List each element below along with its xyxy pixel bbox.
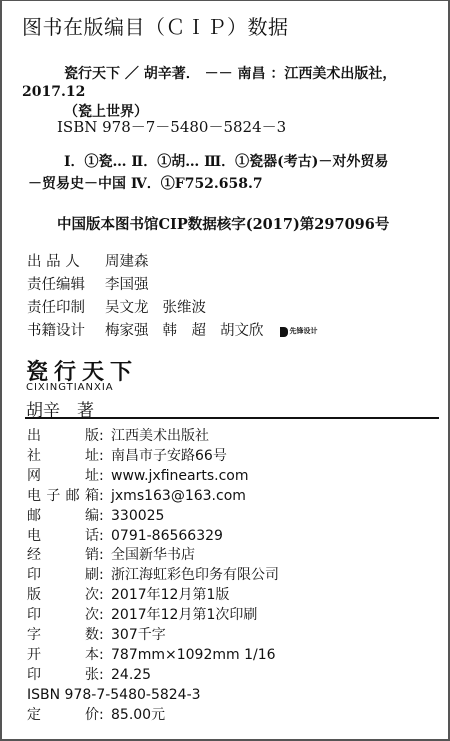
divider [25, 417, 439, 419]
credit-label: 书籍设计 [27, 320, 105, 343]
info-label: 出版 [27, 427, 99, 447]
info-row-price: 定价 : 85.00元 [27, 706, 279, 726]
credit-value: 吴文龙 [105, 297, 149, 320]
cip-isbn: ISBN 978－7－5480－5824－3 [57, 116, 286, 137]
website-link[interactable]: www.jxfinearts.com [111, 467, 248, 487]
info-label: 定价 [27, 706, 99, 726]
credit-row-print-supervisor: 责任印制 吴文龙 张维波 [27, 297, 318, 320]
info-label: 电话 [27, 527, 99, 547]
info-row-edition: 版次 : 2017年12月第1版 [27, 586, 279, 606]
info-value: 浙江海虹彩色印务有限公司 [111, 566, 279, 586]
credit-row-producer: 出 品 人 周建森 [27, 251, 318, 274]
info-label: 印张 [27, 666, 99, 686]
info-row-distributor: 经销 : 全国新华书店 [27, 546, 279, 566]
info-value: 0791-86566329 [111, 527, 223, 547]
cip-number: 中国版本图书馆CIP数据核字(2017)第297096号 [57, 213, 389, 234]
info-label: 印刷 [27, 566, 99, 586]
info-row-sheets: 印张 : 24.25 [27, 666, 279, 686]
info-value: 2017年12月第1版 [111, 586, 229, 606]
info-label: 邮编 [27, 507, 99, 527]
info-label: 网址 [27, 467, 99, 487]
design-studio-logo: 先锋设计 [280, 320, 318, 343]
cip-title-line: 瓷行天下 ／ 胡辛著． －－ 南昌 ：江西美术出版社， [64, 63, 396, 83]
info-value: 江西美术出版社 [111, 427, 209, 447]
copyright-page: 图书在版编目（ＣＩＰ）数据 瓷行天下 ／ 胡辛著． －－ 南昌 ：江西美术出版社… [0, 0, 450, 741]
info-row-phone: 电话 : 0791-86566329 [27, 527, 279, 547]
p-logo-icon [280, 327, 288, 337]
info-label: 开本 [27, 646, 99, 666]
credit-label: 责任印制 [27, 297, 105, 320]
cip-subjects-line2: －贸易史－中国 Ⅳ．①F752.658.7 [28, 173, 263, 193]
credit-row-designer: 书籍设计 梅家强 韩 超 胡文欣 先锋设计 [27, 320, 318, 343]
credit-value: 周建森 [105, 251, 149, 274]
cip-subjects-line1: Ⅰ．①瓷… Ⅱ．①胡… Ⅲ．①瓷器(考古)－对外贸易 [64, 151, 388, 171]
info-value: 南昌市子安路66号 [111, 447, 227, 467]
credit-row-editor: 责任编辑 李国强 [27, 274, 318, 297]
info-row-website: 网址 : www.jxfinearts.com [27, 467, 279, 487]
credit-label: 出 品 人 [27, 251, 105, 274]
info-label: 印次 [27, 606, 99, 626]
info-label: 电子邮箱 [27, 487, 99, 507]
info-value: 787mm×1092mm 1/16 [111, 646, 276, 666]
info-row-printer: 印刷 : 浙江海虹彩色印务有限公司 [27, 566, 279, 586]
credits-block: 出 品 人 周建森 责任编辑 李国强 责任印制 吴文龙 张维波 书籍设计 梅家强… [27, 251, 318, 343]
info-value: 全国新华书店 [111, 546, 195, 566]
info-row-printing: 印次 : 2017年12月第1次印刷 [27, 606, 279, 626]
info-label: 版次 [27, 586, 99, 606]
cip-date-line: 2017.12 [22, 84, 85, 100]
cip-heading: 图书在版编目（ＣＩＰ）数据 [22, 11, 289, 40]
email-link[interactable]: jxms163@163.com [111, 487, 246, 507]
info-label: 字数 [27, 626, 99, 646]
logo-text: 先锋设计 [290, 320, 318, 343]
credit-value: 张维波 [163, 297, 207, 320]
publication-info: 出版 : 江西美术出版社 社址 : 南昌市子安路66号 网址 : www.jxf… [27, 427, 279, 726]
info-value: 85.00元 [111, 706, 165, 726]
credit-value: 梅家强 [105, 320, 149, 343]
info-value: 307千字 [111, 626, 166, 646]
isbn-value: ISBN 978-7-5480-5824-3 [27, 686, 201, 706]
info-row-postcode: 邮编 : 330025 [27, 507, 279, 527]
info-row-word-count: 字数 : 307千字 [27, 626, 279, 646]
info-label: 社址 [27, 447, 99, 467]
info-row-isbn: ISBN 978-7-5480-5824-3 [27, 686, 279, 706]
credit-value: 李国强 [105, 274, 149, 297]
info-value: 330025 [111, 507, 164, 527]
info-row-address: 社址 : 南昌市子安路66号 [27, 447, 279, 467]
info-value: 2017年12月第1次印刷 [111, 606, 257, 626]
info-row-publisher: 出版 : 江西美术出版社 [27, 427, 279, 447]
info-row-email: 电子邮箱 : jxms163@163.com [27, 487, 279, 507]
credit-value: 胡文欣 [220, 320, 264, 343]
info-value: 24.25 [111, 666, 151, 686]
info-label: 经销 [27, 546, 99, 566]
credit-value: 韩 超 [163, 320, 207, 343]
book-pinyin: CIXINGTIANXIA [26, 382, 114, 393]
info-row-format: 开本 : 787mm×1092mm 1/16 [27, 646, 279, 666]
credit-label: 责任编辑 [27, 274, 105, 297]
